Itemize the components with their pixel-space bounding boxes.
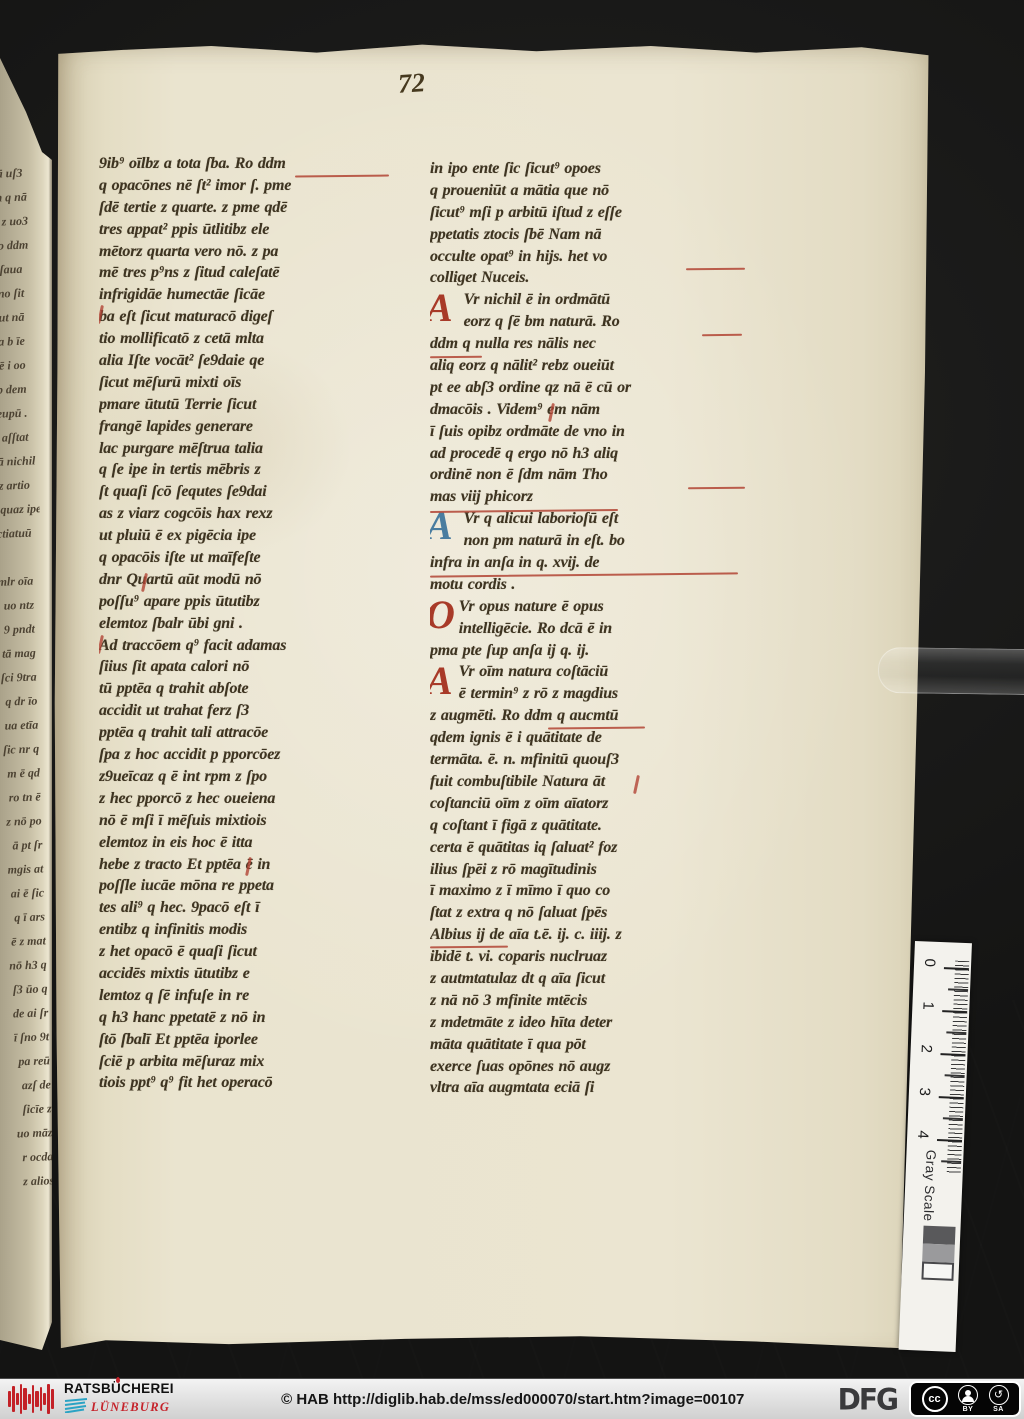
facing-page-text-line: cē n q nā (0, 190, 29, 216)
facing-page-text-line: de ai ſr (10, 1005, 58, 1031)
manuscript-text-line: ppetatis ztocis ſbē Nam nā (430, 226, 752, 248)
manuscript-text-line: ſicut mēſurū mixti oīs (99, 374, 399, 396)
facing-page-text-line: s quaz ipe (0, 501, 40, 527)
gray-patch-dark (923, 1226, 956, 1245)
manuscript-text-line: fuit combuſtibile Natura āt (430, 773, 752, 795)
red-paraph-mark (633, 775, 640, 794)
manuscript-text-line: 9ib⁹ oīlbz a tota ſba. Ro ddm (99, 155, 399, 177)
manuscript-text-line: ī maximo z ī mīmo ī quo co (430, 882, 752, 904)
manuscript-text-line: ſciē p arbita mēſuraz mix (99, 1053, 399, 1075)
facing-page-text-line: 9 pndt (0, 621, 44, 647)
red-paraph-mark (99, 305, 104, 324)
gray-patch-white (921, 1262, 954, 1281)
manuscript-text-line: z9ueīcaz q ē int rpm z ſpo (99, 768, 399, 790)
red-underline (295, 175, 389, 178)
manuscript-text-line: elemtoz in eis hoc ē itta (99, 834, 399, 856)
red-underline (430, 572, 738, 577)
manuscript-text-line: Ad traccōem q⁹ facit adamas (99, 637, 399, 659)
manuscript-text-line: aliq eorz q nālit² rebz oueiūt (430, 357, 752, 379)
ruler-number: 0 (921, 958, 938, 967)
manuscript-page: 72 9ib⁹ oīlbz a tota ſba. Ro ddmq opacōn… (53, 42, 932, 1364)
manuscript-text-line: tiois ppt⁹ q⁹ fit het operacō (99, 1074, 399, 1096)
manuscript-text-line: ddm q nulla res nālis nec (430, 335, 752, 357)
illuminated-initial: A (430, 504, 462, 548)
facing-page-text-line: ē z mat (8, 933, 56, 959)
manuscript-text-line: nō ē mſi ī mēſuis mixtiois (99, 812, 399, 834)
ruler-number: 4 (914, 1130, 931, 1139)
facing-page-text-line: ſcū z uo3 (0, 213, 30, 239)
facing-page-text-line: m ē qd (2, 765, 50, 791)
red-paraph-mark (548, 403, 555, 422)
manuscript-text-line: ſt quaſi ſcō ſequtes ſe9dai (99, 483, 399, 505)
manuscript-text-line: mas viij phicorz (430, 488, 752, 510)
gray-scale-label: Gray Scale (921, 1150, 939, 1222)
manuscript-text-line: ſdē tertie z quarte. z pme qdē (99, 199, 399, 221)
manuscript-text-line: entibz q infinitis modis (99, 921, 399, 943)
manuscript-text-line: lac purgare mēſtrua talia (99, 440, 399, 462)
manuscript-text-line: Albius ij de aīa t.ē. ij. c. iiij. z (430, 926, 752, 948)
illuminated-initial: A (430, 659, 462, 703)
manuscript-text-line: dnr Quartū aūt modū nō (99, 571, 399, 593)
red-underline (688, 487, 745, 490)
manuscript-text-line: infra in anſa in q. xvij. de (430, 554, 752, 576)
facing-page-text-line: ſp dem (0, 381, 36, 407)
facing-page-text-line: ſicut nā (0, 309, 34, 335)
red-underline (430, 946, 508, 949)
manuscript-text-line: ba eſt ſicut maturacō digeſ (99, 308, 399, 330)
manuscript-text-line: ilius ſpēi z rō magītudinis (430, 861, 752, 883)
red-paraph-mark (99, 635, 104, 654)
manuscript-text-line: lemtoz q ſē infuſe in re (99, 987, 399, 1009)
manuscript-text-line: mētorz quarta vero nō. z pa (99, 243, 399, 265)
facing-page-text-line: oe ſaua (0, 261, 32, 287)
facing-page-text-line: ie aſſtat (0, 429, 38, 455)
manuscript-text-line: accidit ut trahat ferz ſ3 (99, 702, 399, 724)
manuscript-text-line: z het opacō ē quaſi ſicut (99, 943, 399, 965)
manuscript-text-line: q opacōis iſte ut maīfeſte (99, 549, 399, 571)
manuscript-text-line: pma pte ſup anſa ij q. ij. (430, 642, 752, 664)
manuscript-text-line: exerce ſuas opōnes nō augz (430, 1058, 752, 1080)
manuscript-text-line: Vr q alicui laborioſū eſt (430, 510, 752, 532)
facing-page-text-line: q ī ars (7, 909, 55, 935)
folio-number: 72 (397, 67, 426, 100)
red-paraph-mark (141, 573, 148, 592)
text-column-right: in ipo ente ſic ſicut⁹ opoesq proueniūt … (430, 160, 752, 1108)
manuscript-text-line: termāta. ē. n. mfinitū quouſ3 (430, 751, 752, 773)
manuscript-text-line: non pm naturā in eſt. bo (430, 532, 752, 554)
library-name: RATSBÜCHEREI (64, 1381, 174, 1396)
manuscript-text-line: q ſe ipe in tertis mēbris z (99, 461, 399, 483)
facing-page-text-line: z nō po (3, 813, 51, 839)
manuscript-text-line: tres appat² ppis ūtlitibz ele (99, 221, 399, 243)
facing-page-text-line: o nā uſ3 (0, 166, 29, 192)
manuscript-text-line: tio mollificatō z cetā mlta (99, 330, 399, 352)
red-underline (686, 268, 745, 271)
cc-license-badge: cc BY ↺ SA (909, 1381, 1021, 1417)
manuscript-text-line: Vr nichil ē in ordmātū (430, 291, 752, 313)
manuscript-text-line: poſſle iucāe mōna re ppeta (99, 877, 399, 899)
manuscript-text-line: coſtanciū oīm z oīm aīatorz (430, 795, 752, 817)
facing-page-text-line: t Ro ddm (0, 237, 31, 263)
facing-page-text-line: ſic nr q (1, 741, 49, 767)
manuscript-text-line: eorz q ſē bm naturā. Ro (430, 313, 752, 335)
facing-page-text-line: q dr īo (0, 693, 47, 719)
red-underline (430, 509, 618, 513)
facing-page-text-line (0, 549, 42, 575)
manuscript-text-line: colliget Nuceis. (430, 269, 752, 291)
manuscript-text-line: alia Iſte vocāt² ſe9daie qe (99, 352, 399, 374)
manuscript-text-line: ordinē non ē ſdm nām Tho (430, 466, 752, 488)
manuscript-text-line: accidēs mixtis ūtutibz e (99, 965, 399, 987)
cc-by-item: BY (958, 1385, 978, 1413)
manuscript-text-line: z hec pporcō z hec oueiena (99, 790, 399, 812)
manuscript-text-line: ē termin⁹ z rō z magdius (430, 685, 752, 707)
red-underline (430, 356, 482, 359)
manuscript-text-line: frangē lapides generare (99, 418, 399, 440)
facing-page-text-line: nā nichil (0, 453, 39, 479)
ruler-number: 1 (919, 1001, 936, 1010)
manuscript-text-line: mē tres p⁹ns z ſitud caleſatē (99, 264, 399, 286)
facing-page-text-line: ua etīa (0, 717, 48, 743)
manuscript-text-line: elemtoz ſbalr ūbi gni . (99, 615, 399, 637)
manuscript-text-line: q h3 hanc ppetatē z nō in (99, 1009, 399, 1031)
facing-page-text-line: mlr oīa (0, 573, 43, 599)
manuscript-text-line: vltra aīa augmtata eciā ſi (430, 1079, 752, 1101)
ruler-numbers: 01234 (915, 941, 972, 943)
gray-patch-mid (922, 1244, 955, 1263)
gray-scale-patches (921, 1226, 955, 1281)
manuscript-text-line: hebe z tracto Et pptēa ē in (99, 856, 399, 878)
library-city: LÜNEBURG (91, 1400, 170, 1415)
facing-page-text-line: ligno ſit (0, 285, 33, 311)
manuscript-text-line: ut pluiū ē ex pigēcia ipe (99, 527, 399, 549)
manuscript-text-line: ſtat z extra q nō ſaluat ſpēs (430, 904, 752, 926)
manuscript-text-line: z nā nō 3 mfinite mtēcis (430, 992, 752, 1014)
manuscript-text-line: infrigidāe humectāe ſicāe (99, 286, 399, 308)
manuscript-text-line: in ipo ente ſic ſicut⁹ opoes (430, 160, 752, 182)
manuscript-text-line: Vr oīm natura coſtāciū (430, 663, 752, 685)
facing-page-text-line: ā pt ſr (4, 837, 52, 863)
facing-page-text-line: ſeupū . (0, 405, 37, 431)
manuscript-text-line: Vr opus nature ē opus (430, 598, 752, 620)
manuscript-text-line: z autmtatulaz dt q aīa ſicut (430, 970, 752, 992)
facing-page-text-line: nō h3 q (8, 957, 56, 983)
manuscript-text-line: ibidē t. vi. coparis nuclruaz (430, 948, 752, 970)
manuscript-text-line: as z viarz cogcōis hax rexz (99, 505, 399, 527)
manuscript-text-line: z augmēti. Ro ddm q aucmtū (430, 707, 752, 729)
manuscript-text-line: qdem ignis ē i quātitate de (430, 729, 752, 751)
red-paraph-mark (245, 857, 252, 876)
manuscript-text-line: q proueniūt a mātia que nō (430, 182, 752, 204)
manuscript-text-line: q coſtant ī figā z quātitate. (430, 817, 752, 839)
manuscript-text-line: pptēa q trahit tali attracōe (99, 724, 399, 746)
manuscript-text-line: pt ee abſ3 ordine qz nā ē cū or (430, 379, 752, 401)
manuscript-text-line: tū pptēa q trahit abſote (99, 680, 399, 702)
manuscript-text-line: ad procedē q ergo nō h3 aliq (430, 445, 752, 467)
manuscript-text-line: ſtō ſbalī Et pptēa iporlee (99, 1031, 399, 1053)
manuscript-text-line: ī ſuis opibz ordmāte de vno in (430, 423, 752, 445)
manuscript-text-line: q opacōnes nē ſt² imor ſ. pme (99, 177, 399, 199)
red-underline (702, 334, 742, 336)
facing-page-edge: o nā uſ3cē n q nāſcū z uo3t Ro ddmoe ſau… (0, 0, 52, 1368)
share-alike-arrow-icon: ↺ (989, 1385, 1009, 1405)
facing-page-text-line: mgis at (5, 861, 53, 887)
manuscript-text-line: occulte opat⁹ in hijs. het vo (430, 248, 752, 270)
facing-page-text-line (0, 118, 27, 144)
manuscript-text-line: motu cordis . (430, 576, 752, 598)
copyright-url-text: © HAB http://diglib.hab.de/mss/ed000070/… (174, 1391, 838, 1408)
red-underline (548, 726, 645, 729)
library-logo: RATSBÜCHEREI LÜNEBURG (64, 1381, 174, 1417)
manuscript-text-line: ſiius ſit apata calori nō (99, 658, 399, 680)
cc-sa-item: ↺ SA (989, 1385, 1009, 1413)
waves-icon (64, 1398, 88, 1417)
digitized-manuscript-photo: o nā uſ3cē n q nāſcū z uo3t Ro ddmoe ſau… (0, 0, 1024, 1419)
illuminated-initial: O (430, 593, 462, 637)
paper-stain (93, 332, 353, 562)
manuscript-text-line: ſicut⁹ mſi p arbitū iſtud z eſſe (430, 204, 752, 226)
footer-bar: RATSBÜCHEREI LÜNEBURG © HAB http://digli… (0, 1379, 1024, 1419)
facing-page-text-line: q ē i oo (0, 357, 35, 383)
red-drop-icon (116, 1377, 120, 1383)
facing-page-text-line: tā mag (0, 645, 45, 671)
facing-page-text-line: ro tn ē (3, 789, 51, 815)
facing-page-text-line: ctiatuū (0, 525, 41, 551)
facing-page-text-line: ma b īe (0, 333, 34, 359)
manuscript-text-line: poſſu⁹ apare ppis ūtutibz (99, 593, 399, 615)
person-icon (958, 1385, 978, 1405)
illuminated-initial: A (430, 286, 462, 330)
facing-page-text-line (0, 142, 28, 168)
manuscript-text-line: z mdetmāte z ideo hīta deter (430, 1014, 752, 1036)
facing-page-text-line: uo ntz (0, 597, 44, 623)
facing-page-text-line: ſci 9tra (0, 669, 46, 695)
plastic-page-holder (878, 647, 1024, 695)
ruler-cm-tick (942, 1010, 967, 1013)
facing-page-text-line: ſ3 ūo q (9, 981, 57, 1007)
manuscript-text-line: dmacōis . Videm⁹ em nām (430, 401, 752, 423)
facing-page-text-line: ī ſno 9t (11, 1029, 59, 1055)
ruler-number: 2 (918, 1044, 935, 1053)
facing-page-text-line: ai ē ſic (6, 885, 54, 911)
manuscript-text-line: pmare ūtutū Terrie ſicut (99, 396, 399, 418)
facing-page-text-line: az artio (0, 477, 39, 503)
manuscript-text-line: tes ali⁹ q hec. 9pacō eſt ī (99, 899, 399, 921)
dfg-logo: DFG (838, 1382, 897, 1417)
manuscript-text-line: māta quātitate ī qua pōt (430, 1036, 752, 1058)
manuscript-text-line: intelligēcie. Ro dcā ē in (430, 620, 752, 642)
text-column-left: 9ib⁹ oīlbz a tota ſba. Ro ddmq opacōnes … (99, 155, 399, 1103)
cc-icon: cc (922, 1386, 948, 1412)
ratsbuecherei-barcode-logo (8, 1382, 54, 1416)
manuscript-text-line: certa ē quātitas iq ſaluat² foz (430, 839, 752, 861)
ruler-number: 3 (916, 1087, 933, 1096)
manuscript-text-line: ſpa z hoc accidit p pporcōez (99, 746, 399, 768)
